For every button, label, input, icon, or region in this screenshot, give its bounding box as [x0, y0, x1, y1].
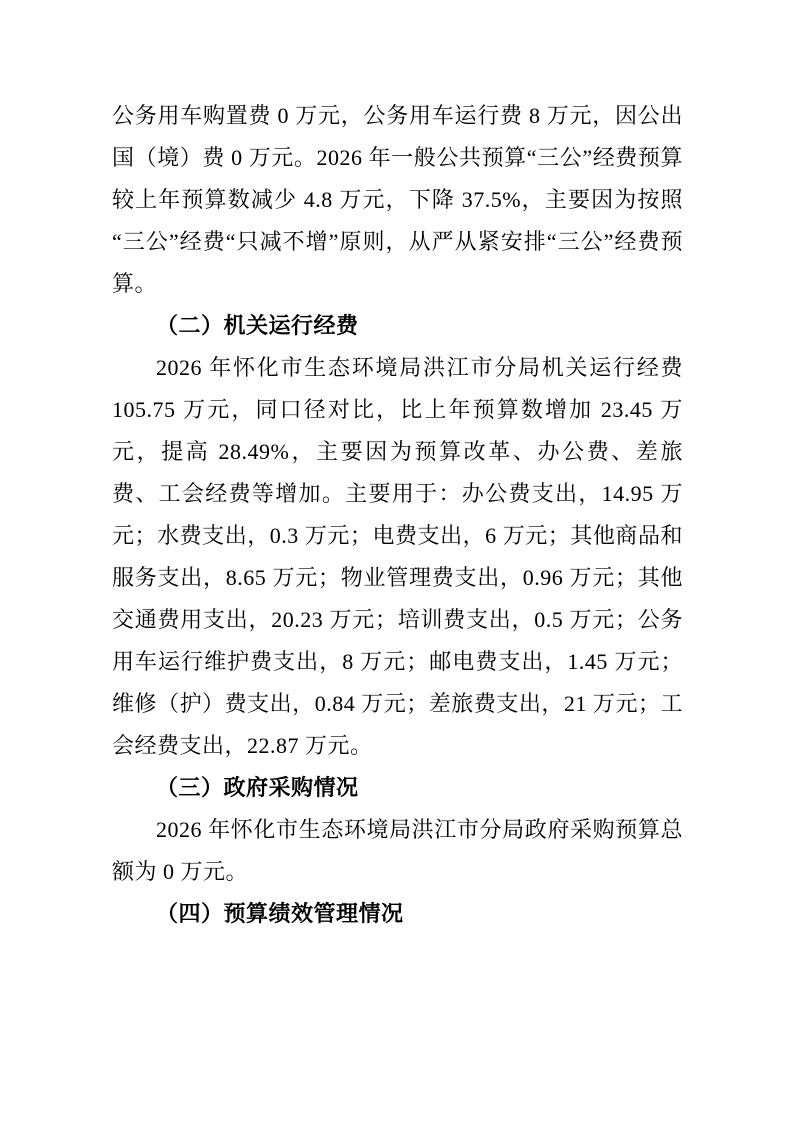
document-page: 公务用车购置费 0 万元，公务用车运行费 8 万元，因公出国（境）费 0 万元。…	[0, 0, 793, 1122]
paragraph-agency-operating-funds: 2026 年怀化市生态环境局洪江市分局机关运行经费 105.75 万元，同口径对…	[112, 347, 683, 767]
heading-section-2-agency-operating-funds: （二）机关运行经费	[112, 305, 683, 347]
paragraph-three-public-expenses: 公务用车购置费 0 万元，公务用车运行费 8 万元，因公出国（境）费 0 万元。…	[112, 95, 683, 305]
heading-section-4-budget-performance: （四）预算绩效管理情况	[112, 893, 683, 935]
paragraph-government-procurement: 2026 年怀化市生态环境局洪江市分局政府采购预算总额为 0 万元。	[112, 809, 683, 893]
heading-section-3-government-procurement: （三）政府采购情况	[112, 767, 683, 809]
